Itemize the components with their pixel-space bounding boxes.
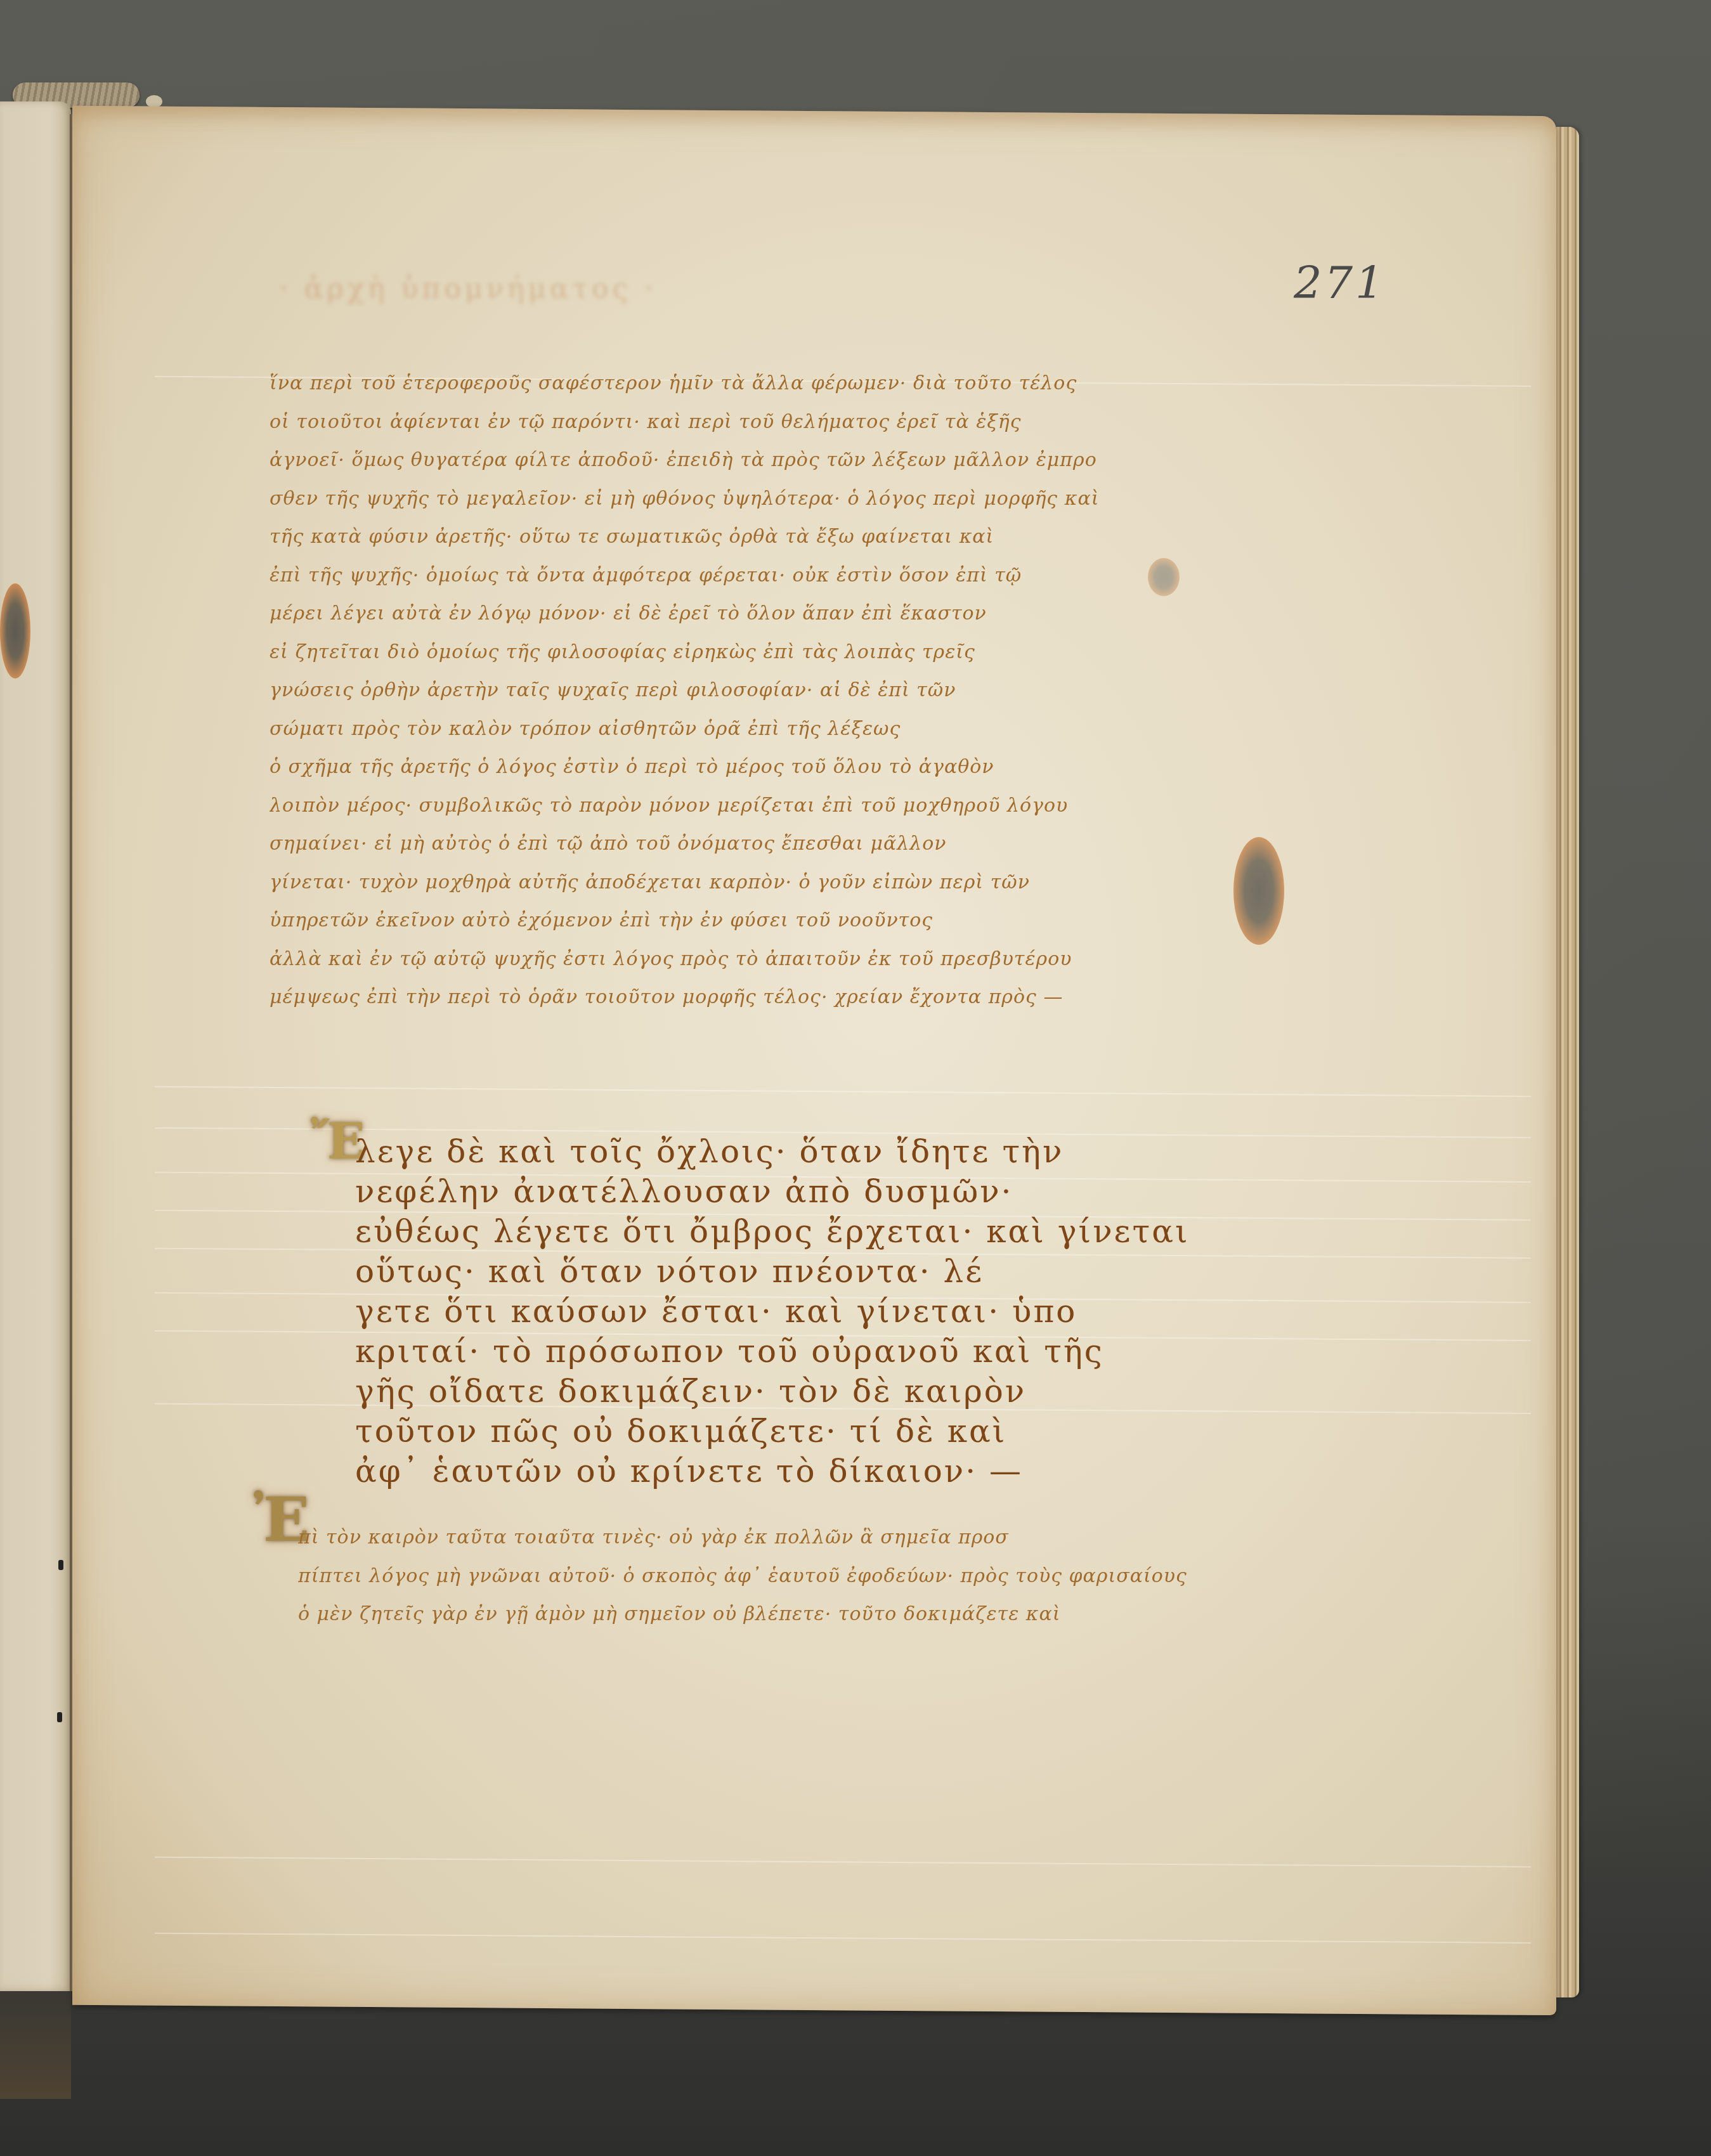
commentary-continuation-block: πὶ τὸν καιρὸν ταῦτα τοιαῦτα τινὲς· οὐ γὰ… xyxy=(298,1519,1262,1634)
left-page-lower-edge xyxy=(0,1972,71,2099)
commentary-line: γίνεται· τυχὸν μοχθηρὰ αὐτῆς ἀποδέχεται … xyxy=(270,864,1259,902)
commentary-line: γνώσεις ὀρθὴν ἀρετὴν ταῖς ψυχαῖς περὶ φι… xyxy=(270,672,1259,710)
binding-sewing-hole xyxy=(58,1560,63,1570)
lemma-line: λεγε δὲ καὶ τοῖς ὄχλοις· ὅταν ἴδητε τὴν xyxy=(355,1132,1243,1172)
commentary-line: πίπτει λόγος μὴ γνῶναι αὐτοῦ· ὁ σκοπὸς ἀ… xyxy=(298,1557,1262,1596)
lemma-line: εὐθέως λέγετε ὅτι ὄμβρος ἔρχεται· καὶ γί… xyxy=(355,1212,1243,1252)
ruling-line xyxy=(155,1933,1531,1944)
page-fore-edge xyxy=(1556,127,1579,1997)
commentary-line: λοιπὸν μέρος· συμβολικῶς τὸ παρὸν μόνον … xyxy=(270,787,1259,826)
commentary-line: μέμψεως ἐπὶ τὴν περὶ τὸ ὁρᾶν τοιοῦτον μο… xyxy=(270,978,1259,1017)
commentary-line: ἀγνοεῖ· ὅμως θυγατέρα φίλτε ἀποδοῦ· ἐπει… xyxy=(270,441,1259,480)
lemma-line: ἀφ᾽ ἑαυτῶν οὐ κρίνετε τὸ δίκαιον· — xyxy=(355,1451,1243,1491)
commentary-line: ὁ μὲν ζητεῖς γὰρ ἐν γῇ ἀμὸν μὴ σημεῖον ο… xyxy=(298,1595,1262,1634)
commentary-line: ἐπὶ τῆς ψυχῆς· ὁμοίως τὰ ὄντα ἀμφότερα φ… xyxy=(270,557,1259,595)
lemma-text-block: λεγε δὲ καὶ τοῖς ὄχλοις· ὅταν ἴδητε τὴν … xyxy=(355,1132,1243,1491)
lemma-line: οὕτως· καὶ ὅταν νότον πνέοντα· λέ xyxy=(355,1252,1243,1292)
commentary-line: τῆς κατὰ φύσιν ἀρετῆς· οὕτω τε σωματικῶς… xyxy=(270,518,1259,557)
lemma-line: νεφέλην ἀνατέλλουσαν ἀπὸ δυσμῶν· xyxy=(355,1172,1243,1212)
left-page-verso xyxy=(0,101,71,1991)
commentary-line: ὁ σχῆμα τῆς ἀρετῆς ὁ λόγος ἐστὶν ὁ περὶ … xyxy=(270,748,1259,787)
commentary-line: εἰ ζητεῖται διὸ ὁμοίως τῆς φιλοσοφίας εἰ… xyxy=(270,633,1259,672)
faded-rubric: · ἀρχὴ ὑπομνήματος · xyxy=(279,273,1002,311)
lemma-line: τοῦτον πῶς οὐ δοκιμάζετε· τί δὲ καὶ xyxy=(355,1412,1243,1451)
commentary-text-block: ἵνα περὶ τοῦ ἑτεροφεροῦς σαφέστερον ἡμῖν… xyxy=(270,365,1259,1017)
ruling-line xyxy=(155,1857,1531,1867)
binding-sewing-hole xyxy=(57,1712,62,1722)
lemma-line: κριταί· τὸ πρόσωπον τοῦ οὐρανοῦ καὶ τῆς xyxy=(355,1332,1243,1372)
commentary-line: ὑπηρετῶν ἐκεῖνον αὐτὸ ἐχόμενον ἐπὶ τὴν ἐ… xyxy=(270,902,1259,940)
lemma-line: γῆς οἴδατε δοκιμάζειν· τὸν δὲ καιρὸν xyxy=(355,1372,1243,1412)
left-margin-stain xyxy=(0,583,30,679)
commentary-line: ἀλλὰ καὶ ἐν τῷ αὐτῷ ψυχῆς ἐστι λόγος πρὸ… xyxy=(270,940,1259,979)
commentary-line: πὶ τὸν καιρὸν ταῦτα τοιαῦτα τινὲς· οὐ γὰ… xyxy=(298,1519,1262,1557)
ruling-line xyxy=(155,1086,1531,1097)
commentary-line: οἱ τοιοῦτοι ἀφίενται ἐν τῷ παρόντι· καὶ … xyxy=(270,403,1259,442)
commentary-line: σώματι πρὸς τὸν καλὸν τρόπον αἰσθητῶν ὁρ… xyxy=(270,710,1259,749)
lemma-line: γετε ὅτι καύσων ἔσται· καὶ γίνεται· ὑπο xyxy=(355,1292,1243,1332)
commentary-line: μέρει λέγει αὐτὰ ἐν λόγῳ μόνον· εἰ δὲ ἐρ… xyxy=(270,595,1259,633)
manuscript-photograph: 271 · ἀρχὴ ὑπομνήματος · ἵνα περὶ τοῦ ἑτ… xyxy=(0,0,1711,2156)
commentary-line: σθεν τῆς ψυχῆς τὸ μεγαλεῖον· εἰ μὴ φθόνο… xyxy=(270,480,1259,519)
folio-number: 271 xyxy=(1294,257,1386,309)
commentary-line: σημαίνει· εἰ μὴ αὐτὸς ὁ ἐπὶ τῷ ἀπὸ τοῦ ὀ… xyxy=(270,825,1259,864)
commentary-line: ἵνα περὶ τοῦ ἑτεροφεροῦς σαφέστερον ἡμῖν… xyxy=(270,365,1259,403)
